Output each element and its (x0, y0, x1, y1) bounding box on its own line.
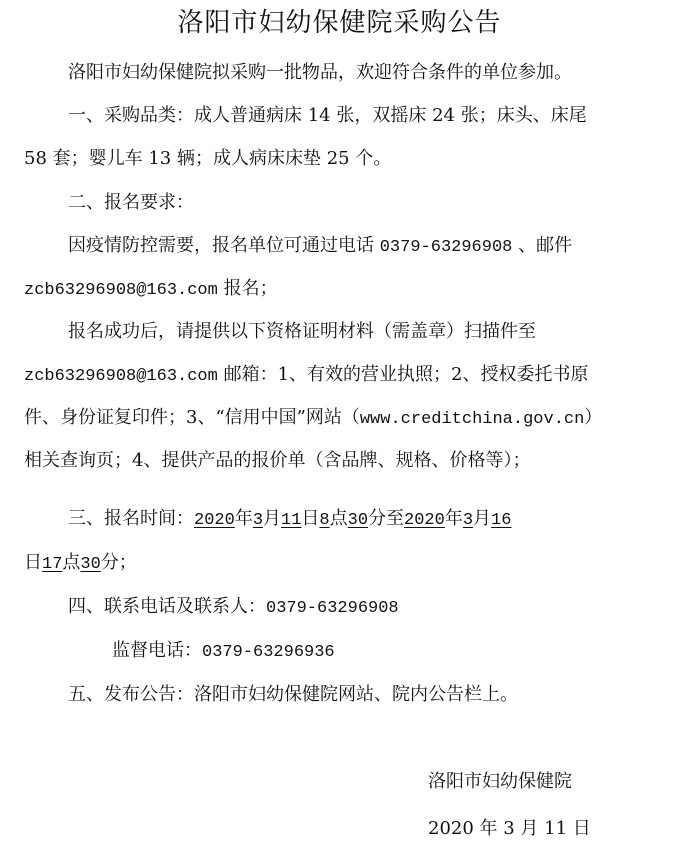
section1-line2: 58 套；婴儿车 13 辆；成人病床床垫 25 个。 (24, 146, 391, 172)
start-hour: 8 (319, 511, 329, 530)
end-day: 16 (491, 511, 511, 530)
p2-line3-prefix: 件、身份证复印件；3、“信用中国”网站（ (24, 407, 360, 428)
dian: 点 (62, 552, 80, 573)
start-day: 11 (281, 511, 301, 530)
section5-publish: 五、发布公告：洛阳市妇幼保健院网站、院内公告栏上。 (68, 682, 518, 708)
ri: 日 (301, 508, 319, 529)
p1-prefix: 因疫情防控需要，报名单位可通过电话 (68, 235, 380, 256)
start-minute: 30 (348, 511, 368, 530)
dian: 点 (330, 508, 348, 529)
yue: 月 (263, 508, 281, 529)
materials-email: zcb63296908@163.com (24, 367, 218, 386)
end-hour: 17 (42, 555, 62, 574)
contact-phone: 0379-63296908 (266, 599, 399, 618)
section4-supervise: 监督电话：0379-63296936 (112, 638, 335, 666)
end-minute: 30 (80, 555, 100, 574)
end-year: 2020 (404, 511, 445, 530)
section2-heading: 二、报名要求： (68, 190, 194, 216)
p1-suffix: 、邮件 (512, 235, 572, 256)
section3-line1: 三、报名时间：2020年3月11日8点30分至2020年3月16 (68, 506, 511, 534)
signup-phone: 0379-63296908 (380, 238, 513, 257)
section2-p2-line1: 报名成功后，请提供以下资格证明材料（需盖章）扫描件至 (68, 319, 536, 345)
section3-line2: 日17点30分； (24, 550, 137, 578)
document-title: 洛阳市妇幼保健院采购公告 (0, 6, 679, 40)
signature-org: 洛阳市妇幼保健院 (428, 769, 572, 795)
section1-line1: 一、采购品类：成人普通病床 14 张，双摇床 24 张；床头、床尾 (68, 103, 587, 129)
fen-zhi: 分至 (368, 508, 404, 529)
p2-line3-suffix: ） (584, 407, 602, 428)
section3-label: 三、报名时间： (68, 508, 194, 529)
signature-date: 2020 年 3 月 11 日 (428, 816, 591, 842)
signup-email: zcb63296908@163.com (24, 281, 218, 300)
supervise-label: 监督电话： (112, 640, 202, 661)
start-year: 2020 (194, 511, 235, 530)
end-month: 3 (463, 511, 473, 530)
contact-label: 四、联系电话及联系人： (68, 596, 266, 617)
creditchina-website: www.creditchina.gov.cn (360, 410, 584, 429)
p1-line2-suffix: 报名； (218, 278, 278, 299)
start-month: 3 (253, 511, 263, 530)
fen-end: 分； (101, 552, 137, 573)
section2-p2-line4: 相关查询页；4、提供产品的报价单（含品牌、规格、价格等）； (24, 448, 530, 474)
ri: 日 (24, 552, 42, 573)
section2-p2-line3: 件、身份证复印件；3、“信用中国”网站（www.creditchina.gov.… (24, 405, 602, 433)
p2-line2-suffix: 邮箱：1、有效的营业执照；2、授权委托书原 (218, 364, 589, 385)
supervise-phone: 0379-63296936 (202, 643, 335, 662)
section4-contact: 四、联系电话及联系人：0379-63296908 (68, 594, 399, 622)
yue: 月 (473, 508, 491, 529)
section2-p1-line2: zcb63296908@163.com 报名； (24, 276, 278, 304)
section2-p2-line2: zcb63296908@163.com 邮箱：1、有效的营业执照；2、授权委托书… (24, 362, 588, 390)
intro-paragraph: 洛阳市妇幼保健院拟采购一批物品，欢迎符合条件的单位参加。 (68, 60, 572, 86)
section2-p1-line1: 因疫情防控需要，报名单位可通过电话 0379-63296908 、邮件 (68, 233, 572, 261)
nian: 年 (235, 508, 253, 529)
nian: 年 (445, 508, 463, 529)
